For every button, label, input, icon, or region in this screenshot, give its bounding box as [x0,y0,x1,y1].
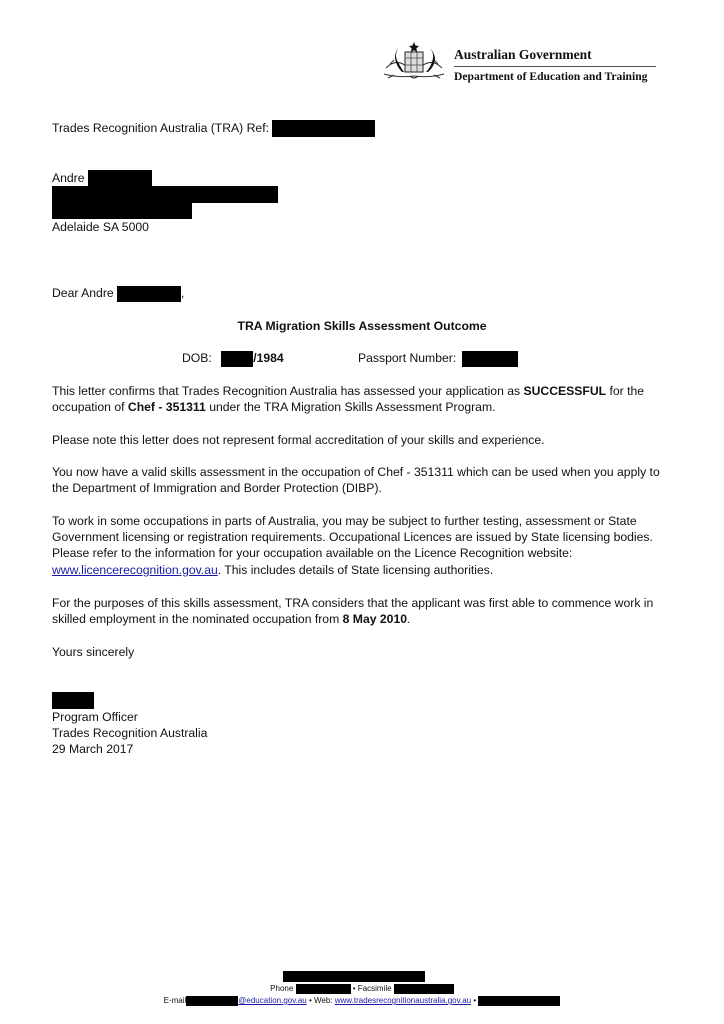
redacted-fax [394,984,454,994]
occupation: Chef - 351311 [128,400,206,414]
letter-subject: TRA Migration Skills Assessment Outcome [0,318,724,334]
coat-of-arms-icon [380,38,448,86]
redacted-street-address [52,186,278,203]
assessment-result: SUCCESSFUL [524,384,607,398]
redacted-surname [88,170,152,186]
passport-field: Passport Number: [358,350,518,367]
paragraph-valid-assessment: You now have a valid skills assessment i… [52,464,662,496]
redacted-dob [221,351,253,367]
commencement-date: 8 May 2010 [343,612,407,626]
passport-label: Passport Number: [358,351,456,365]
tra-website-link[interactable]: www.tradesrecognitionaustralia.gov.au [335,996,471,1005]
dob-label: DOB: [182,351,212,365]
department-name: Department of Education and Training [454,70,647,83]
letter-date: 29 March 2017 [52,741,133,757]
redacted-email-user [186,996,238,1006]
reference-line: Trades Recognition Australia (TRA) Ref: [52,120,375,137]
paragraph-commencement-date: For the purposes of this skills assessme… [52,595,662,627]
redacted-reference [272,120,375,137]
phone-label: Phone [270,984,293,993]
paragraph-accreditation-note: Please note this letter does not represe… [52,432,662,448]
redacted-address-line [52,203,192,219]
valediction: Yours sincerely [52,644,134,660]
dob-field: DOB: /1984 [182,350,284,367]
dob-year: /1984 [253,351,284,365]
reference-label: Trades Recognition Australia (TRA) Ref: [52,121,269,135]
address-city-line: Adelaide SA 5000 [52,219,149,235]
email-link[interactable]: @education.gov.au [238,996,306,1005]
footer-contact-line: Phone • Facsimile [0,983,724,994]
paragraph-assessment-result: This letter confirms that Trades Recogni… [52,383,662,415]
licence-recognition-link[interactable]: www.licencerecognition.gov.au [52,563,218,577]
redacted-passport-number [462,351,518,367]
government-name: Australian Government [454,47,592,63]
redacted-footer-address [283,971,425,982]
salutation: Dear Andre , [52,285,184,302]
paragraph-licensing: To work in some occupations in parts of … [52,513,662,578]
addressee-first-name: Andre [52,171,85,185]
footer-email-web-line: E-mail@education.gov.au • Web: www.trade… [0,995,724,1006]
signatory-title: Program Officer [52,709,138,725]
signatory-organisation: Trades Recognition Australia [52,725,207,741]
redacted-signature [52,692,94,709]
addressee-name-line: Andre [52,170,152,187]
header-divider [454,66,656,67]
redacted-footer-extra [478,996,560,1006]
redacted-phone [296,984,351,994]
redacted-surname [117,286,181,302]
email-label: E-mail [164,996,187,1005]
fax-label: • Facsimile [353,984,392,993]
